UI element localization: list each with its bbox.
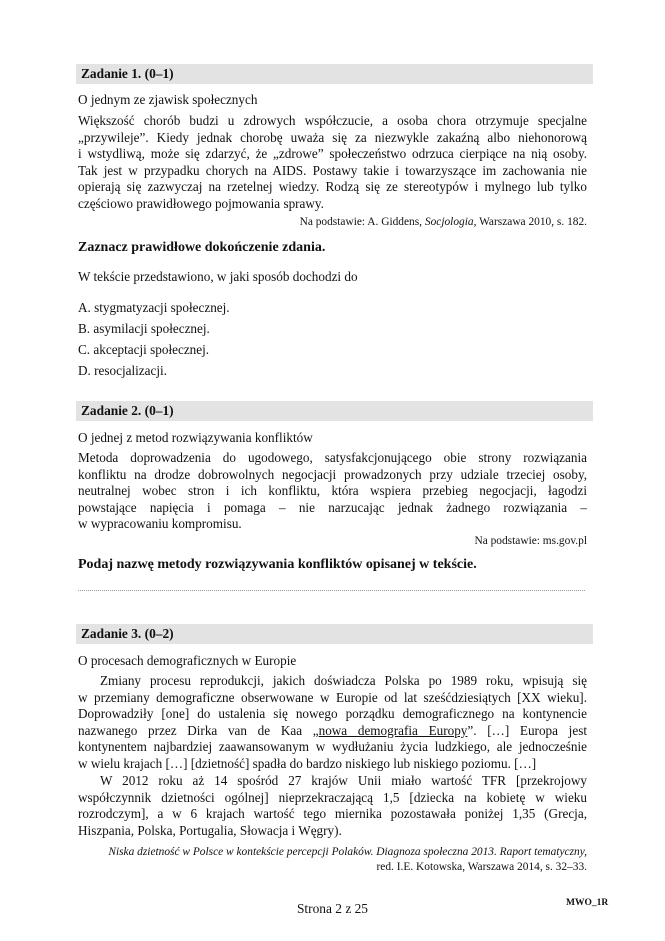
text-line: współczynnik dzietności ogólnej] nieprze…	[78, 790, 587, 807]
task-2-text: Metoda doprowadzenia do ugodowego, satys…	[78, 450, 587, 533]
text-line: i wstydliwą, może się zdarzyć, że „zdrow…	[78, 146, 587, 163]
text-line: w wypracowaniu kompromisu.	[78, 516, 587, 533]
text-line: W 2012 roku aż 14 spośród 27 krajów Unii…	[78, 773, 587, 790]
text-line: rozrodczym], a w 6 krajach wartość tego …	[78, 806, 587, 823]
task-1-source: Na podstawie: A. Giddens, Socjologia, Wa…	[300, 214, 587, 231]
text-line: neutralnej wobec stron i ich konfliktu, …	[78, 483, 587, 500]
answer-option-c[interactable]: C. akceptacji społecznej.	[78, 342, 209, 359]
text-line: Metoda doprowadzenia do ugodowego, satys…	[78, 450, 587, 467]
task-3-citation-details: red. I.E. Kotowska, Warszawa 2014, s. 32…	[376, 859, 587, 876]
answer-option-a[interactable]: A. stygmatyzacji społecznej.	[78, 300, 230, 317]
text-line: nazwanego przez Dirka van de Kaa „nowa d…	[78, 723, 587, 740]
task-3-paragraph-1: Zmiany procesu reprodukcji, jakich doświ…	[78, 673, 587, 773]
text-line: „przywileje”. Kiedy jednak chorobę uważa…	[78, 130, 587, 147]
task-1-question: W tekście przedstawiono, w jaki sposób d…	[78, 269, 358, 286]
text-line: kontynentem najbardziej zaawansowanym w …	[78, 739, 587, 756]
task-3-intro: O procesach demograficznych w Europie	[78, 653, 296, 670]
text-line: w wielu krajach […] [dzietność] spadła d…	[78, 756, 587, 773]
text-line: częściowo prawidłowego pojmowania sprawy…	[78, 196, 587, 213]
task-1-header: Zadanie 1. (0–1)	[76, 64, 593, 84]
task-3-paragraph-2: W 2012 roku aż 14 spośród 27 krajów Unii…	[78, 773, 587, 839]
answer-option-d[interactable]: D. resocjalizacji.	[78, 363, 167, 380]
text-line: w przemiany demograficzne obserwowane w …	[78, 690, 587, 707]
text-line: Zmiany procesu reprodukcji, jakich doświ…	[78, 673, 587, 690]
task-2-header: Zadanie 2. (0–1)	[76, 401, 593, 421]
exam-page: Zadanie 1. (0–1) O jednym ze zjawisk spo…	[0, 0, 665, 941]
task-1-instruction: Zaznacz prawidłowe dokończenie zdania.	[78, 240, 325, 257]
task-3-header: Zadanie 3. (0–2)	[76, 624, 593, 644]
text-line: Doprowadziły [one] do ustalenia się nowe…	[78, 706, 587, 723]
task-2-instruction: Podaj nazwę metody rozwiązywania konflik…	[78, 557, 477, 574]
text-line: Większość chorób budzi u zdrowych współc…	[78, 113, 587, 130]
answer-option-b[interactable]: B. asymilacji społecznej.	[78, 321, 210, 338]
text-line: Tak jest w przypadku chorych na AIDS. Po…	[78, 163, 587, 180]
task-1-intro: O jednym ze zjawisk społecznych	[78, 92, 257, 109]
text-line: Hiszpania, Polska, Portugalia, Słowacja …	[78, 823, 587, 840]
text-line: powstające napięcia i pomaga – nie narzu…	[78, 500, 587, 517]
task-2-source: Na podstawie: ms.gov.pl	[474, 533, 587, 550]
answer-line[interactable]	[78, 590, 585, 591]
task-2-intro: O jednej z metod rozwiązywania konfliktó…	[78, 430, 313, 447]
text-line: konfliktu na drodze dobrowolnych negocja…	[78, 467, 587, 484]
text-line: opierają się zazwyczaj na rzetelnej wied…	[78, 179, 587, 196]
task-1-text: Większość chorób budzi u zdrowych współc…	[78, 113, 587, 213]
underlined-term: nowa demografia Europy	[319, 723, 468, 738]
exam-code: MWO_1R	[566, 895, 608, 912]
